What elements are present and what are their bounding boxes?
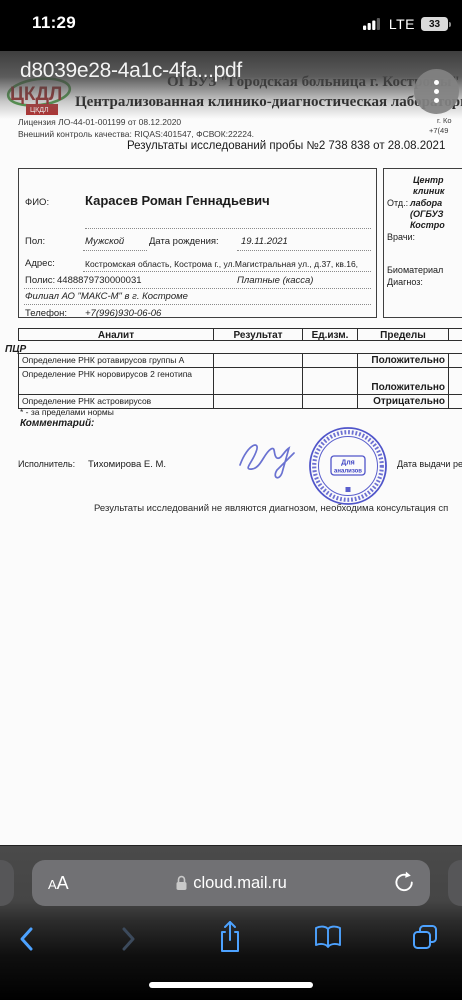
svg-text:Для: Для: [341, 460, 355, 467]
adjacent-tab-right[interactable]: [448, 860, 462, 906]
biomaterial-label: Биоматериал: [387, 265, 443, 275]
tabs-button[interactable]: [411, 923, 439, 951]
phone-label: Телефон:: [25, 308, 67, 319]
diagnosis-label: Диагноз:: [387, 277, 423, 287]
col-header-units: Ед.изм.: [302, 328, 357, 341]
home-indicator[interactable]: [149, 982, 313, 988]
battery-percent: 33: [429, 19, 440, 30]
results-table-header: Аналит Результат Ед.изм. Пределы: [18, 328, 462, 341]
payment-type: Платные (касса): [237, 275, 313, 286]
network-type-label: LTE: [389, 16, 415, 32]
footnote: * - за пределами нормы: [20, 407, 114, 417]
doctors-label: Врачи:: [387, 232, 415, 242]
dept-line1: Центр: [413, 175, 444, 185]
iphone-screen: 11:29 LTE 33 ЦКДЛ ЦКДЛ ОГБУЗ "Городская …: [0, 0, 462, 1000]
battery-icon: 33: [421, 17, 448, 31]
handwritten-signature: [228, 435, 316, 485]
patient-info-box: ФИО: Карасев Роман Геннадьевич Пол: Мужс…: [18, 168, 377, 318]
birth-value: 19.11.2021: [241, 236, 288, 247]
results-table-body: Определение РНК ротавирусов группы А Пол…: [18, 353, 462, 409]
share-button[interactable]: [217, 920, 243, 954]
pdf-filename: d8039e28-4a1c-4fa...pdf: [20, 59, 242, 83]
col-header-limits: Пределы: [357, 328, 448, 341]
sex-value: Мужской: [85, 236, 124, 247]
department-info-box: Центр клиник Отд.: лабора (ОГБУЗ Костро …: [383, 168, 462, 318]
analyte-name: Определение РНК норовирусов 2 генотипа: [18, 367, 213, 395]
executor-name: Тихомирова Е. М.: [88, 459, 166, 470]
dept-otd-line1: лабора: [410, 198, 442, 208]
address-bar[interactable]: AA cloud.mail.ru: [32, 860, 430, 906]
dept-otd-line2: (ОГБУЗ: [410, 209, 443, 219]
status-bar: 11:29 LTE 33: [0, 0, 462, 51]
dept-line2: клиник: [413, 186, 444, 196]
dept-otd-label: Отд.:: [387, 198, 408, 208]
issue-date-label: Дата выдачи резу: [397, 459, 462, 469]
bookmarks-button[interactable]: [314, 924, 342, 950]
address-value: Костромская область, Кострома г., ул.Маг…: [85, 259, 358, 269]
url-display[interactable]: cloud.mail.ru: [175, 874, 287, 893]
policy-label: Полис:: [25, 275, 55, 286]
col-header-extra: [448, 328, 462, 341]
table-row: Определение РНК ротавирусов группы А Пол…: [18, 353, 462, 368]
quality-control-line: Внешний контроль качества: RIQAS:401547,…: [18, 129, 254, 139]
address-label: Адрес:: [25, 258, 55, 269]
birth-label: Дата рождения:: [149, 236, 219, 247]
lab-round-stamp: Для анализов: [306, 424, 390, 508]
insurance-branch: Филиал АО "МАКС-М" в г. Костроме: [25, 291, 188, 302]
report-title: Результаты исследований пробы №2 738 838…: [127, 140, 445, 152]
policy-number: 4488879730000031: [57, 275, 142, 286]
comment-label: Комментарий:: [20, 418, 94, 429]
executor-label: Исполнитель:: [18, 459, 75, 469]
fio-label: ФИО:: [25, 197, 49, 208]
disclaimer-text: Результаты исследований не являются диаг…: [94, 503, 448, 514]
lock-icon: [175, 875, 188, 891]
col-header-analyte: Аналит: [18, 328, 213, 341]
org-phone-fragment: +7(49: [429, 126, 448, 135]
kebab-menu-button[interactable]: [414, 69, 459, 114]
pdf-document-page: ЦКДЛ ЦКДЛ ОГБУЗ "Городская больница г. К…: [0, 51, 462, 845]
table-row: Определение РНК норовирусов 2 генотипа П…: [18, 367, 462, 395]
reader-options-button[interactable]: AA: [48, 873, 69, 894]
clock: 11:29: [32, 13, 76, 33]
reload-button[interactable]: [392, 870, 417, 895]
dept-otd-line3: Костро: [410, 220, 445, 230]
cellular-signal-icon: [363, 17, 383, 31]
back-button[interactable]: [18, 926, 34, 952]
pdf-viewer-header: d8039e28-4a1c-4fa...pdf: [0, 51, 462, 119]
patient-name: Карасев Роман Геннадьевич: [85, 193, 270, 208]
url-text: cloud.mail.ru: [193, 874, 287, 893]
forward-button[interactable]: [121, 926, 137, 952]
analyte-result: Отрицательно: [357, 394, 448, 409]
safari-bottom-bar: AA cloud.mail.ru: [0, 845, 462, 1000]
analyte-result: Положительно: [357, 367, 448, 395]
sex-label: Пол:: [25, 236, 45, 247]
status-indicators: LTE 33: [363, 16, 448, 32]
phone-value: +7(996)930-06-06: [85, 308, 161, 319]
analyte-name: Определение РНК ротавирусов группы А: [18, 353, 213, 368]
analyte-result: Положительно: [357, 353, 448, 368]
adjacent-tab-left[interactable]: [0, 860, 14, 906]
col-header-result: Результат: [213, 328, 302, 341]
svg-text:анализов: анализов: [334, 469, 362, 475]
